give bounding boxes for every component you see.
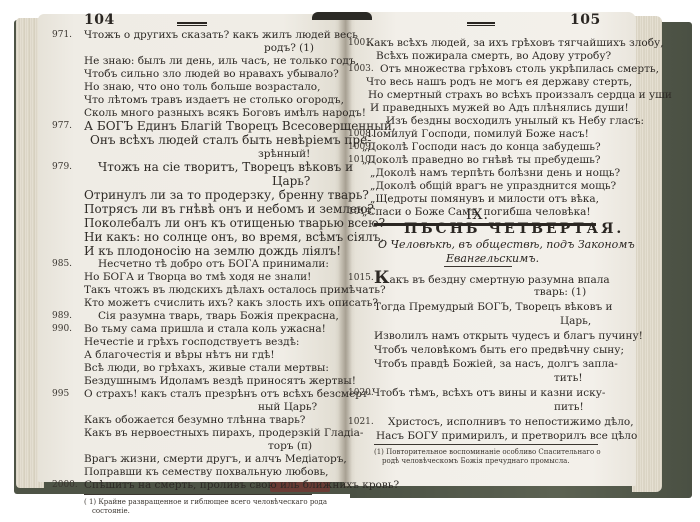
header-ornament-right: [467, 22, 495, 26]
chapter-subtitle-line1: О Человѣкѣ, въ обществѣ, подъ Закономъ: [378, 238, 635, 251]
verse-line: „Щедроты помянувъ и милости отъ вѣка,: [370, 192, 599, 206]
verse-line: зрѣнный!: [258, 147, 310, 161]
verse-line: Поправши къ семеству похвальную любовь,: [84, 465, 329, 479]
verse-line: Отъ множества грѣховъ столь укрѣпилась с…: [380, 62, 659, 76]
verse-line: Сколь много разныхъ всякъ Боговъ имѣлъ н…: [84, 106, 366, 120]
verse-number: 1015.: [348, 271, 374, 285]
verse-line: торъ (п): [268, 439, 312, 453]
spine-headband: [312, 12, 372, 20]
verse-line: ный Царь?: [258, 400, 317, 414]
verse-number: 1020.: [348, 386, 374, 400]
footnote-line: (1) Повторительное воспоминаніе особливо…: [374, 448, 601, 457]
verse-line: Какъ въ нервоестныхъ пирахъ, продерзкій …: [84, 426, 363, 440]
footnote-rule: [374, 444, 598, 445]
footnote-line: ( 1) Крайне развращенное и гиблющее всег…: [84, 498, 327, 507]
verse-line: Что весь нашъ родъ не могъ ея державу ст…: [366, 75, 632, 89]
subtitle-underline: [444, 266, 512, 267]
page-number-right: 105: [570, 12, 601, 28]
verse-line: „Доколѣ праведно во гнѣвѣ ты пребудешь?: [362, 153, 600, 167]
verse-line: Онъ всѣхъ людей сталъ быть невѣріемъ пре…: [90, 133, 371, 147]
verse-line: Такъ чтожъ въ людскихъ дѣлахъ осталось п…: [84, 283, 386, 297]
verse-line: „Доколѣ намъ терпѣть болѣзни день и нощь…: [370, 166, 620, 180]
verse-line: Царь?: [272, 174, 310, 188]
verse-line: Бездушнымъ Идоламъ вездѣ приносятъ жертв…: [84, 374, 356, 388]
verse-line: Христосъ, исполнивъ то непостижимо дѣло,: [388, 415, 634, 429]
verse-number: 989.: [52, 309, 72, 323]
verse-line: Чтобъ человѣкомъ быть его предвѣчну сыну…: [374, 343, 624, 357]
verse-line: пить!: [554, 400, 584, 414]
verse-line: Тогда Премудрый БОГЪ, Творецъ вѣковъ и: [374, 300, 613, 314]
verse-line: Чтожъ о другихъ сказать? какъ жилъ людей…: [84, 28, 358, 42]
verse-line: И праведныхъ мужей во Адъ плѣнялись души…: [370, 101, 629, 115]
verse-line: Врагъ жизни, смерти другъ, и алчъ Медіат…: [84, 452, 347, 466]
verse-line: Что лѣтомъ травъ издаетъ не столько огор…: [84, 93, 344, 107]
verse-line: Чтожъ на сіе творитъ, Творецъ вѣковъ и: [98, 160, 353, 174]
verse-line: О страхъ! какъ сталъ презрѣнъ отъ всѣхъ …: [84, 387, 371, 401]
verse-line: И къ плодоносію на землю дождь ліялъ!: [84, 244, 341, 258]
verse-line: Царь,: [560, 314, 591, 328]
header-ornament-left: [177, 22, 207, 26]
verse-line: Изъ бездны восходилъ унылый къ Небу глас…: [386, 114, 644, 128]
verse-line: А благочестія и вѣры нѣтъ ни гдѣ!: [84, 348, 275, 362]
verse-number: 990.: [52, 322, 72, 336]
verse-number: 2000.: [52, 478, 78, 492]
verse-number: 995: [52, 387, 69, 401]
verse-line: Спѣшитъ на смерть, проливъ свою иль ближ…: [84, 478, 399, 492]
verse-line: Но знаю, что оно толь больше возрастало,: [84, 80, 320, 94]
verse-line: тварь: (1): [534, 285, 586, 299]
verse-line: „Доколѣ Господи насъ до конца забудешь?: [362, 140, 601, 154]
verse-line: Нечестіе и грѣхъ господствуетъ вездѣ:: [84, 335, 299, 349]
verse-line: Ни какъ: но солнце онъ, во время, всѣмъ …: [84, 230, 384, 244]
verse-line: Чтобъ правдѣ Божіей, за насъ, долгъ запл…: [374, 357, 618, 371]
verse-line: Но БОГА и Творца во тмѣ ходя не знали!: [84, 270, 311, 284]
footnote-line: родѣ человѣческомъ Божія пречуднаго пром…: [382, 457, 570, 466]
verse-line: Не знаю: былъ ли день, иль часъ, не толь…: [84, 54, 359, 68]
verse-line: Чтобъ сильно зло людей во нравахъ убывал…: [84, 67, 339, 81]
page-number-left: 104: [84, 12, 115, 28]
verse-number: 1021.: [348, 415, 374, 429]
open-book: 104 105 971.Чтожъ о другихъ сказать? как…: [0, 0, 700, 522]
drop-cap: К: [374, 268, 389, 288]
verse-line: Сія разумна тварь, тварь Божія прекрасна…: [98, 309, 339, 323]
verse-line: родъ? (1): [264, 41, 314, 55]
verse-line: Всѣхъ пожирала смерть, во Адову утробу?: [376, 49, 611, 63]
footnote-rule: [84, 494, 312, 495]
verse-line: Во тьму сама пришла и стала коль ужасна!: [84, 322, 326, 336]
verse-number: 971.: [52, 28, 72, 42]
verse-line: Чтобъ тѣмъ, всѣхъ отъ вины и казни иску-: [372, 386, 605, 400]
verse-line: Насъ БОГУ примирилъ, и претворилъ все цѣ…: [376, 429, 637, 443]
verse-line: „Доколѣ общій врагъ не упразднится мощь?: [370, 179, 616, 193]
verse-line: Какъ обожается безумно тлѣнна тварь?: [84, 413, 305, 427]
verse-number: 1003.: [348, 62, 374, 76]
verse-line: Но смертный страхъ во всѣхъ произзалъ се…: [368, 88, 672, 102]
verse-line: тить!: [554, 371, 583, 385]
verse-line: Изволилъ намъ открыть чудесъ и благъ пуч…: [374, 329, 643, 343]
verse-line: Какъ всѣхъ людей, за ихъ грѣховъ тягчайш…: [366, 36, 664, 50]
verse-number: 977.: [52, 119, 72, 133]
verse-line: Поколебалъ ли онъ къ отищенью тварью все…: [84, 216, 385, 230]
verse-line: „Помилуй Господи, помилуй Боже насъ!: [362, 127, 589, 141]
verse-number: 979.: [52, 160, 72, 174]
verse-line: Кто можетъ счислить ихъ? какъ злость ихъ…: [84, 296, 378, 310]
verse-number: 985.: [52, 257, 72, 271]
verse-line: Всѣ люди, во грѣхахъ, живые стали мертвы…: [84, 361, 329, 375]
footnote-line: состояніе.: [92, 507, 130, 516]
verse-line: Потрясъ ли въ гнѣвѣ онъ и небомъ и земле…: [84, 202, 374, 216]
chapter-subtitle-line2: Евангельскимъ.: [446, 252, 539, 265]
chapter-title: ПѢСНЬ ЧЕТВЕРТАЯ.: [404, 221, 624, 237]
verse-line: Несчетно тѣ добро отъ БОГА принимали:: [98, 257, 329, 271]
verse-line: Отринулъ ли за то продерзку, бренну твар…: [84, 188, 369, 202]
